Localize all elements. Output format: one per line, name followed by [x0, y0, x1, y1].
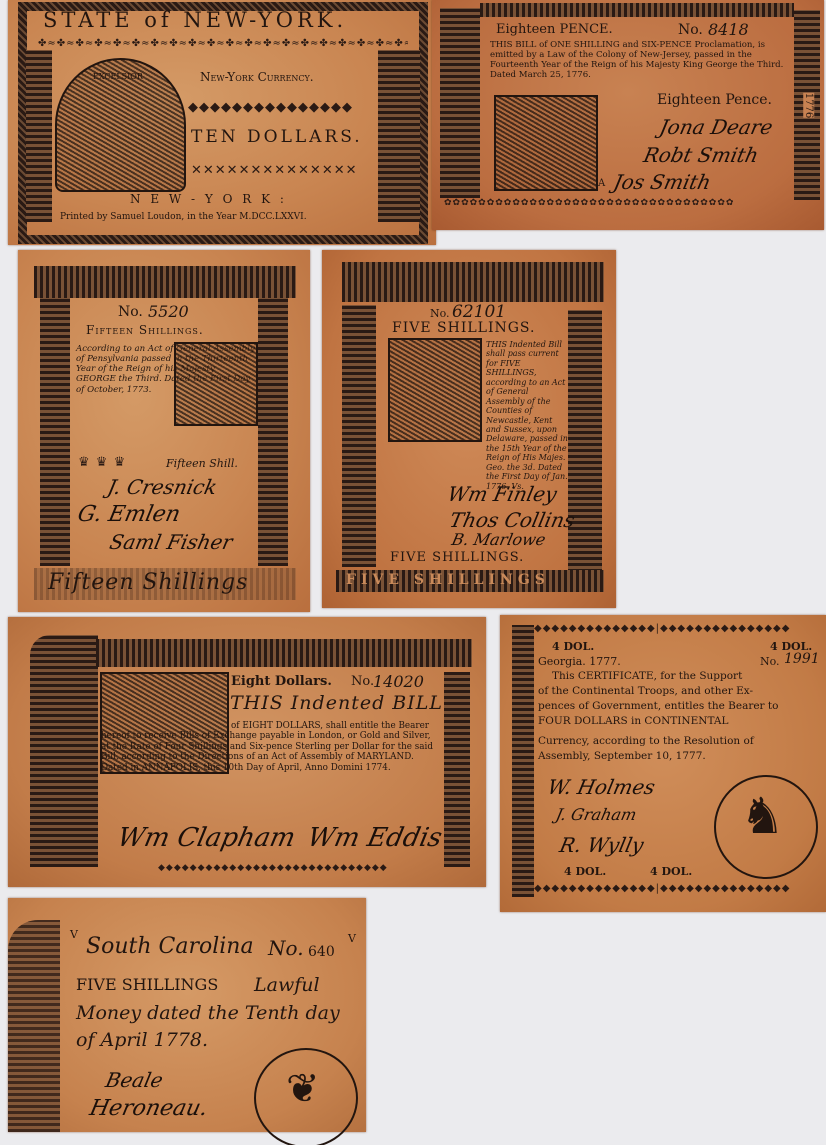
text-line-5: Currency, according to the Resolution of — [538, 735, 754, 747]
bill-south-carolina: V V South Carolina No. 640 FIVE SHILLING… — [8, 898, 366, 1132]
text-line-3: pences of Government, entitles the Beare… — [538, 700, 778, 712]
denomination: FIVE SHILLINGS. — [392, 320, 535, 336]
band-text: FIVE SHILLINGS — [346, 572, 550, 588]
bill-delaware: No. 62101 FIVE SHILLINGS. THIS Indented … — [322, 250, 616, 608]
left-border-band — [512, 625, 534, 897]
serial-number: 5520 — [148, 302, 189, 321]
ornament-diamonds: ◆◆◆◆◆◆◆◆◆◆◆◆◆◆◆ — [188, 100, 378, 115]
ornament-crosses: ✕✕✕✕✕✕✕✕✕✕✕✕✕✕ — [191, 163, 381, 178]
place-label: N E W - Y O R K : — [130, 192, 287, 206]
serial-label: No. — [351, 674, 374, 689]
stag-icon: ♞ — [740, 787, 785, 845]
signature-2: Wm Eddis — [305, 823, 445, 853]
ornament-row-top: ◆◆◆◆◆◆◆◆◆◆◆◆◆◆|◆◆◆◆◆◆◆◆◆◆◆◆◆◆◆ — [534, 623, 824, 634]
seal-motto: EXCELSIOR — [93, 72, 143, 81]
header: Georgia. 1777. — [538, 655, 621, 668]
bill-title: South Carolina — [86, 934, 254, 959]
bottom-right-denomination: 4 DOL. — [650, 865, 692, 878]
top-band — [96, 639, 472, 667]
bill-title: STATE of NEW-YORK. — [43, 8, 347, 32]
bill-title: THIS Indented BILL — [230, 692, 443, 714]
serial-label: No. — [118, 304, 143, 320]
top-border-band — [480, 3, 794, 17]
bill-maryland: Eight Dollars. No. 14020 THIS Indented B… — [8, 617, 486, 887]
right-side-band — [568, 310, 602, 572]
currency-label: New-York Currency. — [200, 70, 314, 84]
top-border-band — [34, 266, 296, 298]
top-border-band — [342, 262, 604, 302]
denomination: Fifteen Shillings. — [86, 323, 204, 337]
bill-text: THIS BILL of ONE SHILLING and SIX-PENCE … — [490, 40, 792, 81]
signature-3: Jos Smith — [611, 170, 713, 194]
denomination: Eighteen Pence. — [657, 92, 772, 108]
ornament-row: ◆◆◆◆◆◆◆◆◆◆◆◆◆◆◆◆◆◆◆◆◆◆◆◆◆◆◆◆◆ — [158, 863, 438, 873]
signature-1: Beale — [103, 1068, 165, 1092]
footer-denomination: Fifteen Shillings — [48, 570, 248, 595]
header-denomination: Eighteen PENCE. — [496, 22, 613, 37]
right-border-band — [378, 50, 420, 222]
bill-georgia: ◆◆◆◆◆◆◆◆◆◆◆◆◆◆|◆◆◆◆◆◆◆◆◆◆◆◆◆◆◆ 4 DOL. 4 … — [500, 615, 826, 912]
right-column — [258, 298, 288, 566]
signature-2: Heroneau. — [87, 1096, 210, 1121]
bill-pennsylvania: No. 5520 Fifteen Shillings. According to… — [18, 250, 310, 612]
corner-left: 4 DOL. — [552, 640, 594, 653]
left-column — [40, 298, 70, 566]
ornament-row-bottom: ◆◆◆◆◆◆◆◆◆◆◆◆◆◆|◆◆◆◆◆◆◆◆◆◆◆◆◆◆◆ — [534, 883, 824, 894]
phoenix-icon: ❦ — [286, 1066, 320, 1112]
corner-left: V — [70, 928, 78, 941]
left-side-band — [342, 305, 376, 567]
signature-1: Jona Deare — [657, 115, 775, 139]
text-line-4: FOUR DOLLARS in CONTINENTAL — [538, 715, 728, 727]
signature-3: Saml Fisher — [107, 530, 234, 554]
side-year: 1776 — [803, 93, 814, 118]
bill-new-jersey: Eighteen PENCE. No. 8418 THIS BILL of ON… — [432, 0, 824, 230]
header-denomination: Eight Dollars. — [231, 674, 332, 689]
corner-right: V — [348, 932, 356, 945]
ornament-row: ✤≈✤≈✤≈✤≈✤≈✤≈✤≈✤≈✤≈✤≈✤≈✤≈✤≈✤≈✤≈✤≈✤≈✤≈✤≈✤≈… — [38, 38, 408, 49]
signature-3: R. Wylly — [557, 833, 645, 857]
signature-1: J. Cresnick — [105, 475, 219, 499]
signature-3: B. Marlowe — [450, 530, 547, 549]
serial-label: No. — [678, 22, 703, 38]
bill-text: Lawful Money dated the Tenth day of Apri… — [76, 972, 361, 1055]
bill-text: of EIGHT DOLLARS, shall entitle the Bear… — [101, 721, 441, 773]
left-ornament-band — [30, 635, 98, 867]
signature-1: W. Holmes — [545, 775, 657, 799]
plate-letter: A — [598, 178, 605, 189]
serial-number: 8418 — [708, 20, 749, 39]
bill-text: THIS Indented Bill shall pass current fo… — [486, 340, 568, 491]
ornament-row: ✿✿✿✿✿✿✿✿✿✿✿✿✿✿✿✿✿✿✿✿✿✿✿✿✿✿✿✿✿✿✿✿✿✿ — [444, 198, 804, 208]
serial-label: No. — [268, 936, 304, 960]
serial-label: No. — [430, 307, 450, 320]
left-border-band — [440, 8, 480, 198]
signature-2: Thos Collins — [447, 508, 577, 532]
left-border-band — [26, 50, 52, 222]
crown-icons: ♛ ♛ ♛ — [78, 455, 126, 470]
bottom-left-denomination: 4 DOL. — [564, 865, 606, 878]
text-line-6: Assembly, September 10, 1777. — [538, 750, 706, 762]
coat-of-arms-image — [494, 95, 598, 191]
arms-image — [388, 338, 482, 442]
serial-number: 14020 — [373, 672, 424, 691]
serial-label: No. — [760, 655, 780, 668]
signature-1: Wm Finley — [445, 482, 559, 506]
signature-2: Robt Smith — [641, 143, 760, 167]
serial-number: 62101 — [452, 302, 506, 322]
signature-2: G. Emlen — [75, 502, 182, 527]
bill-new-york: STATE of NEW-YORK. ✤≈✤≈✤≈✤≈✤≈✤≈✤≈✤≈✤≈✤≈✤… — [8, 0, 436, 245]
signature-2: J. Graham — [554, 805, 638, 824]
pennsylvania-seal-image — [174, 342, 258, 426]
serial-number: 1991 — [784, 651, 820, 667]
small-denomination: Fifteen Shill. — [166, 457, 238, 470]
serial-number: 640 — [308, 944, 335, 960]
text-line-1: This CERTIFICATE, for the Support — [552, 670, 742, 682]
footer-denomination: FIVE SHILLINGS. — [390, 550, 524, 565]
text-line-2: of the Continental Troops, and other Ex- — [538, 685, 753, 697]
left-scroll-ornament — [8, 920, 60, 1132]
denomination: TEN DOLLARS. — [191, 127, 363, 147]
signature-1: Wm Clapham — [115, 823, 298, 853]
printer-line: Printed by Samuel Loudon, in the Year M.… — [60, 212, 307, 222]
right-band — [444, 672, 470, 867]
